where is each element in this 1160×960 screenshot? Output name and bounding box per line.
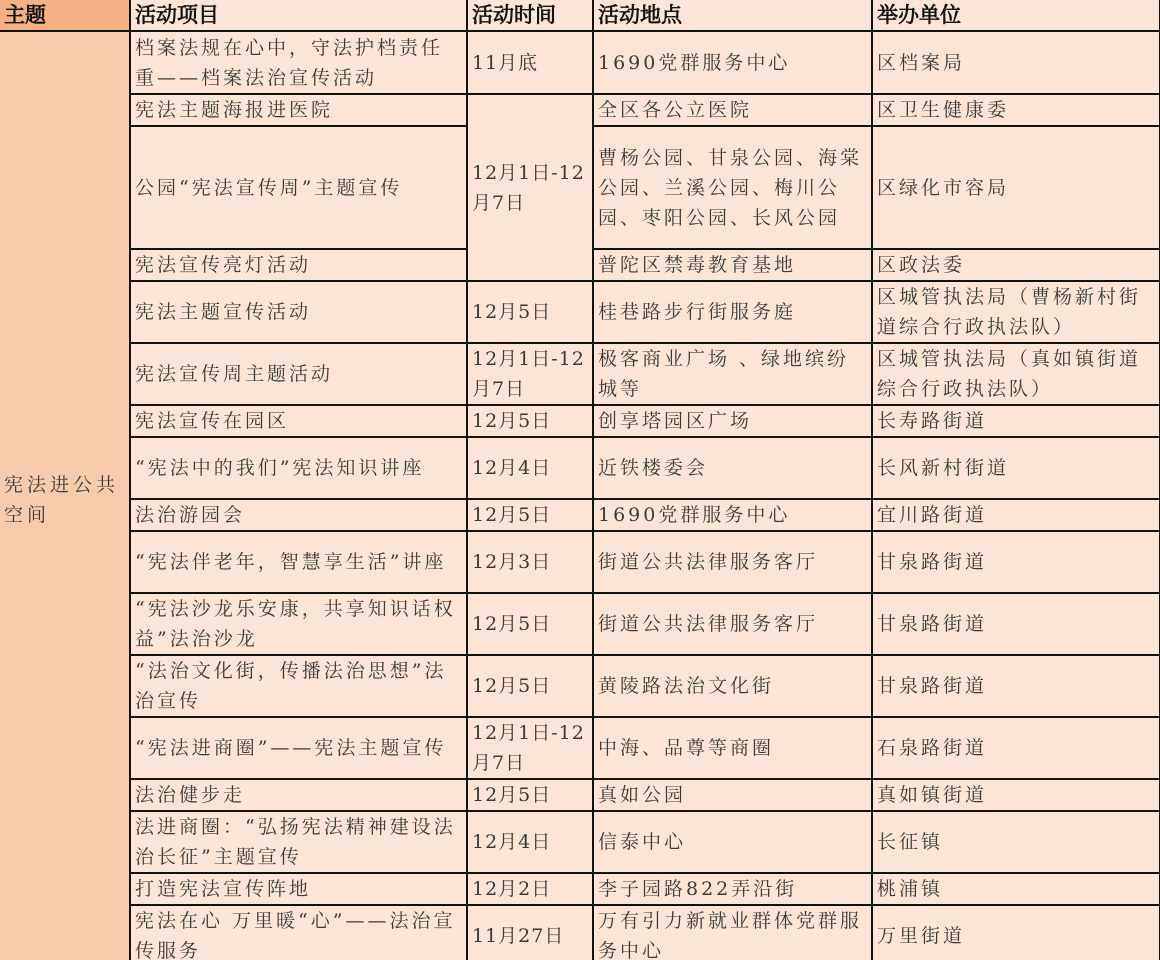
project-cell: 法进商圈：“弘扬宪法精神建设法治长征”主题宣传 [130,811,467,873]
project-cell: “宪法进商圈”——宪法主题宣传 [130,717,467,779]
time-cell: 12月1日-12月7日 [467,94,593,281]
time-cell: 12月4日 [467,811,593,873]
time-cell: 12月1日-12月7日 [467,343,593,405]
org-cell: 甘泉路街道 [872,655,1160,717]
table-header-row: 主题 活动项目 活动时间 活动地点 举办单位 [0,0,1160,31]
table-row: 打造宪法宣传阵地 12月2日 李子园路822弄沿街 桃浦镇 [0,873,1160,905]
org-cell: 区绿化市容局 [872,126,1160,249]
header-theme: 主题 [0,0,130,31]
theme-cell: 宪法进公共空间 [0,31,130,960]
table-row: 宪法主题海报进医院 12月1日-12月7日 全区各公立医院 区卫生健康委 [0,94,1160,126]
table-row: “宪法沙龙乐安康，共享知识话权益”法治沙龙 12月5日 街道公共法律服务客厅 甘… [0,593,1160,655]
place-cell: 全区各公立医院 [593,94,872,126]
project-cell: 打造宪法宣传阵地 [130,873,467,905]
time-cell: 12月4日 [467,437,593,499]
project-cell: 法治健步走 [130,779,467,811]
place-cell: 1690党群服务中心 [593,31,872,94]
time-cell: 12月5日 [467,281,593,343]
project-cell: 宪法主题宣传活动 [130,281,467,343]
table-row: 宪法宣传在园区 12月5日 创享塔园区广场 长寿路街道 [0,405,1160,437]
time-cell: 12月5日 [467,655,593,717]
header-place: 活动地点 [593,0,872,31]
table-row: 宪法进公共空间 档案法规在心中，守法护档责任重——档案法治宣传活动 11月底 1… [0,31,1160,94]
org-cell: 长征镇 [872,811,1160,873]
table-row: “法治文化街，传播法治思想”法治宣传 12月5日 黄陵路法治文化街 甘泉路街道 [0,655,1160,717]
org-cell: 区政法委 [872,249,1160,281]
org-cell: 万里街道 [872,905,1160,960]
table-row: 宪法主题宣传活动 12月5日 桂巷路步行街服务庭 区城管执法局（曹杨新村街道综合… [0,281,1160,343]
table-row: “宪法进商圈”——宪法主题宣传 12月1日-12月7日 中海、品尊等商圈 石泉路… [0,717,1160,779]
time-cell: 11月27日 [467,905,593,960]
time-cell: 11月底 [467,31,593,94]
org-cell: 区城管执法局（真如镇街道综合行政执法队） [872,343,1160,405]
time-cell: 12月5日 [467,499,593,531]
project-cell: 宪法在心 万里暖“心”——法治宣传服务 [130,905,467,960]
org-cell: 长寿路街道 [872,405,1160,437]
org-cell: 区城管执法局（曹杨新村街道综合行政执法队） [872,281,1160,343]
table-row: 宪法宣传周主题活动 12月1日-12月7日 极客商业广场 、绿地缤纷城等 区城管… [0,343,1160,405]
org-cell: 石泉路街道 [872,717,1160,779]
activity-table: 主题 活动项目 活动时间 活动地点 举办单位 宪法进公共空间 档案法规在心中，守… [0,0,1160,960]
project-cell: 宪法宣传在园区 [130,405,467,437]
place-cell: 街道公共法律服务客厅 [593,531,872,593]
org-cell: 宜川路街道 [872,499,1160,531]
place-cell: 真如公园 [593,779,872,811]
place-cell: 近铁楼委会 [593,437,872,499]
place-cell: 极客商业广场 、绿地缤纷城等 [593,343,872,405]
project-cell: “宪法中的我们”宪法知识讲座 [130,437,467,499]
header-org: 举办单位 [872,0,1160,31]
project-cell: 宪法宣传亮灯活动 [130,249,467,281]
org-cell: 区档案局 [872,31,1160,94]
place-cell: 曹杨公园、甘泉公园、海棠公园、兰溪公园、梅川公园、枣阳公园、长风公园 [593,126,872,249]
time-cell: 12月5日 [467,405,593,437]
org-cell: 真如镇街道 [872,779,1160,811]
place-cell: 街道公共法律服务客厅 [593,593,872,655]
time-cell: 12月1日-12月7日 [467,717,593,779]
time-cell: 12月3日 [467,531,593,593]
place-cell: 1690党群服务中心 [593,499,872,531]
project-cell: “法治文化街，传播法治思想”法治宣传 [130,655,467,717]
header-time: 活动时间 [467,0,593,31]
table-row: 宪法在心 万里暖“心”——法治宣传服务 11月27日 万有引力新就业群体党群服务… [0,905,1160,960]
header-project: 活动项目 [130,0,467,31]
project-cell: 法治游园会 [130,499,467,531]
project-cell: 公园“宪法宣传周”主题宣传 [130,126,467,249]
project-cell: “宪法沙龙乐安康，共享知识话权益”法治沙龙 [130,593,467,655]
org-cell: 长风新村街道 [872,437,1160,499]
project-cell: 档案法规在心中，守法护档责任重——档案法治宣传活动 [130,31,467,94]
project-cell: 宪法主题海报进医院 [130,94,467,126]
time-cell: 12月5日 [467,593,593,655]
org-cell: 甘泉路街道 [872,593,1160,655]
place-cell: 李子园路822弄沿街 [593,873,872,905]
table-row: 法治游园会 12月5日 1690党群服务中心 宜川路街道 [0,499,1160,531]
place-cell: 中海、品尊等商圈 [593,717,872,779]
place-cell: 信泰中心 [593,811,872,873]
table-row: 法进商圈：“弘扬宪法精神建设法治长征”主题宣传 12月4日 信泰中心 长征镇 [0,811,1160,873]
org-cell: 甘泉路街道 [872,531,1160,593]
place-cell: 万有引力新就业群体党群服务中心 [593,905,872,960]
project-cell: 宪法宣传周主题活动 [130,343,467,405]
place-cell: 桂巷路步行街服务庭 [593,281,872,343]
org-cell: 桃浦镇 [872,873,1160,905]
table-row: “宪法伴老年，智慧享生活”讲座 12月3日 街道公共法律服务客厅 甘泉路街道 [0,531,1160,593]
place-cell: 黄陵路法治文化街 [593,655,872,717]
org-cell: 区卫生健康委 [872,94,1160,126]
place-cell: 普陀区禁毒教育基地 [593,249,872,281]
table-row: 法治健步走 12月5日 真如公园 真如镇街道 [0,779,1160,811]
place-cell: 创享塔园区广场 [593,405,872,437]
table-row: “宪法中的我们”宪法知识讲座 12月4日 近铁楼委会 长风新村街道 [0,437,1160,499]
time-cell: 12月2日 [467,873,593,905]
project-cell: “宪法伴老年，智慧享生活”讲座 [130,531,467,593]
time-cell: 12月5日 [467,779,593,811]
